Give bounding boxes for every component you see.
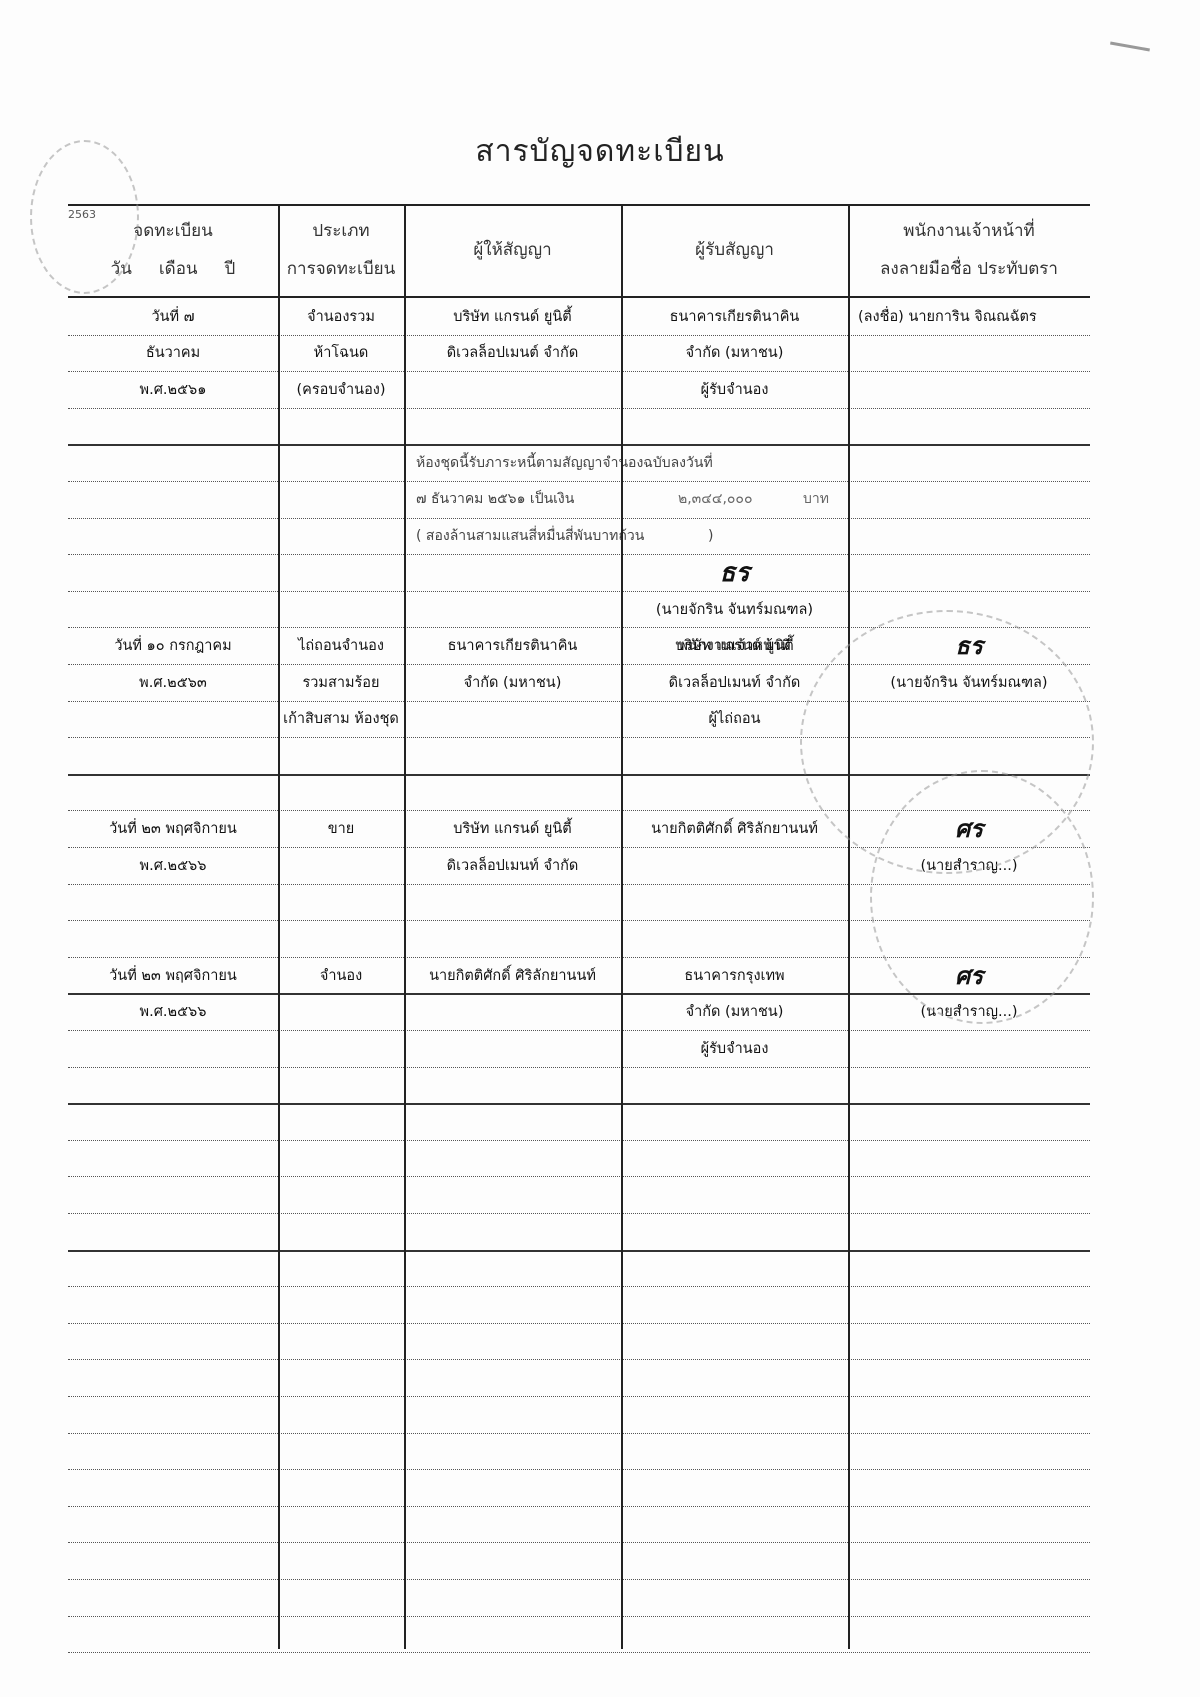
table-cell: ดิเวลล็อปเมนท์ จำกัด (404, 847, 621, 884)
header-type-line1: ประเภท (312, 212, 369, 250)
table-cell: ธนาคารเกียรตินาคิน (404, 627, 621, 664)
table-cell: จำกัด (มหาชน) (621, 993, 848, 1030)
table-cell: นายกิตติศักดิ์ ศิริลักยานนท์ (621, 810, 848, 847)
table-row: พ.ศ.๒๕๖๑(ครอบจำนอง)ผู้รับจำนอง (68, 371, 1090, 409)
table-row (68, 1542, 1090, 1580)
mortgage-amount: ๒,๓๔๔,๐๐๐ (678, 481, 753, 518)
header-type: ประเภท การจดทะเบียน (278, 204, 404, 296)
table-cell: พ.ศ.๒๕๖๖ (68, 847, 278, 884)
table-cell: พ.ศ.๒๕๖๖ (68, 993, 278, 1030)
table-cell: จำกัด (มหาชน) (621, 335, 848, 372)
table-cell: วันที่ ๗ (68, 298, 278, 335)
table-cell: บริษัท แกรนด์ ยูนิตี้ (404, 810, 621, 847)
table-cell: นายกิตติศักดิ์ ศิริลักยานนท์ (404, 957, 621, 994)
table-cell: (ลงชื่อ) นายการิน จิณณฉัตร (848, 298, 1090, 335)
official-seal-stamp (870, 770, 1094, 1024)
document-title: สารบัญจดทะเบียน (0, 128, 1200, 175)
table-cell: รวมสามร้อย (278, 664, 404, 701)
header-officer-line2: ลงลายมือชื่อ ประทับตรา (880, 250, 1058, 288)
table-cell: ธนาคารเกียรตินาคิน (621, 298, 848, 335)
mortgage-note-line: ( สองล้านสามแสนสี่หมื่นสี่พันบาทถ้วน (416, 518, 644, 555)
table-cell: บริษัท แกรนด์ ยูนิตี้ (404, 298, 621, 335)
column-divider (848, 204, 850, 1649)
table-cell: ดิเวลล็อปเมนต์ จำกัด (404, 335, 621, 372)
table-row (68, 1396, 1090, 1434)
header-grantee-label: ผู้รับสัญญา (695, 231, 774, 269)
table-cell: วันที่ ๒๓ พฤศจิกายน (68, 957, 278, 994)
mortgage-note-line: ห้องชุดนี้รับภาระหนี้ตามสัญญาจำนองฉบับลง… (416, 444, 713, 481)
mortgage-note-line: ๗ ธันวาคม ๒๕๖๑ เป็นเงิน (416, 481, 574, 518)
table-row: ห้องชุดนี้รับภาระหนี้ตามสัญญาจำนองฉบับลง… (68, 444, 1090, 482)
table-cell: ธันวาคม (68, 335, 278, 372)
table-cell: ผู้รับจำนอง (621, 371, 848, 408)
table-cell: ห้าโฉนด (278, 335, 404, 372)
column-divider (404, 204, 406, 1649)
header-grantee: ผู้รับสัญญา (621, 204, 848, 296)
header-grantor-label: ผู้ให้สัญญา (473, 231, 551, 269)
table-row (68, 1176, 1090, 1214)
header-type-line2: การจดทะเบียน (287, 250, 396, 288)
table-cell: จำกัด (มหาชน) (404, 664, 621, 701)
table-cell: จำนอง (278, 957, 404, 994)
table-row (68, 1250, 1090, 1288)
table-row: ( สองล้านสามแสนสี่หมื่นสี่พันบาทถ้วน) (68, 518, 1090, 556)
table-cell: ขาย (278, 810, 404, 847)
table-row (68, 1103, 1090, 1141)
table-row: ธันวาคมห้าโฉนดดิเวลล็อปเมนต์ จำกัดจำกัด … (68, 335, 1090, 373)
official-seal-stamp (30, 140, 139, 294)
table-row (68, 1579, 1090, 1617)
currency-label: บาท (803, 481, 829, 518)
table-cell: (ครอบจำนอง) (278, 371, 404, 408)
table-cell: พ.ศ.๒๕๖๓ (68, 664, 278, 701)
column-divider (621, 204, 623, 1649)
scan-mark (1110, 42, 1150, 52)
table-row: วันที่ ๗จำนองรวมบริษัท แกรนด์ ยูนิตี้ธนา… (68, 298, 1090, 336)
table-row (68, 1469, 1090, 1507)
table-cell: ผู้รับจำนอง (621, 1030, 848, 1067)
header-date-line1: จดทะเบียน (133, 212, 213, 250)
table-cell: พนักงานเจ้าหน้าที่ (621, 627, 848, 664)
table-row (68, 1359, 1090, 1397)
table-cell: วันที่ ๑๐ กรกฎาคม (68, 627, 278, 664)
table-row: ผู้รับจำนอง (68, 1030, 1090, 1068)
table-row (68, 1323, 1090, 1361)
table-row: ธร (68, 554, 1090, 592)
table-cell: วันที่ ๒๓ พฤศจิกายน (68, 810, 278, 847)
table-row (68, 1286, 1090, 1324)
officer-signature: ธร (621, 554, 848, 591)
table-cell: ไถ่ถอนจำนอง (278, 627, 404, 664)
table-row (68, 1140, 1090, 1178)
header-grantor: ผู้ให้สัญญา (404, 204, 621, 296)
table-row (68, 408, 1090, 447)
table-cell: พ.ศ.๒๕๖๑ (68, 371, 278, 408)
table-row: ๗ ธันวาคม ๒๕๖๑ เป็นเงิน๒,๓๔๔,๐๐๐บาท (68, 481, 1090, 519)
table-cell: (นายจักริน จันทร์มณฑล) (621, 591, 848, 628)
column-divider (278, 204, 280, 1649)
table-cell: จำนองรวม (278, 298, 404, 335)
table-cell: เก้าสิบสาม ห้องชุด (278, 701, 404, 738)
table-row (68, 1506, 1090, 1544)
table-header: จดทะเบียน วัน เดือน ปี ประเภท การจดทะเบี… (68, 204, 1090, 296)
header-officer: พนักงานเจ้าหน้าที่ ลงลายมือชื่อ ประทับตร… (848, 204, 1090, 296)
close-paren: ) (708, 518, 713, 555)
table-cell: ธนาคารกรุงเทพ (621, 957, 848, 994)
table-row (68, 1213, 1090, 1252)
table-row (68, 1433, 1090, 1471)
table-row (68, 1067, 1090, 1106)
header-officer-line1: พนักงานเจ้าหน้าที่ (903, 212, 1034, 250)
table-row (68, 1616, 1090, 1654)
